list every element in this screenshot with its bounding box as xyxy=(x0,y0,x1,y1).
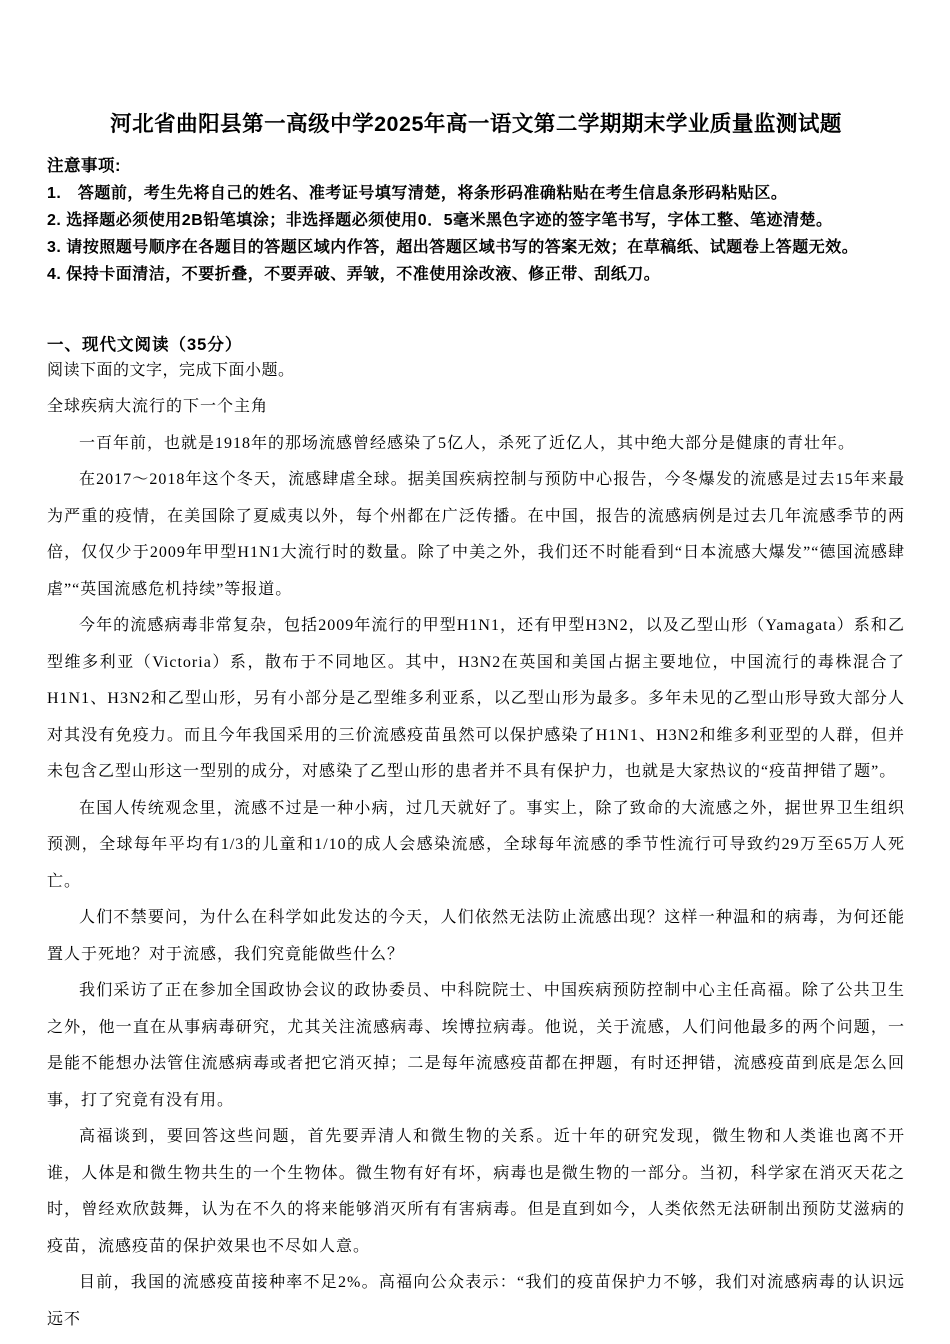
reading-passage: 全球疾病大流行的下一个主角 一百年前，也就是1918年的那场流感曾经感染了5亿人… xyxy=(47,389,905,1338)
page-title: 河北省曲阳县第一高级中学2025年高一语文第二学期期末学业质量监测试题 xyxy=(47,112,905,136)
article-paragraph: 目前，我国的流感疫苗接种率不足2%。高福向公众表示：“我们的疫苗保护力不够，我们… xyxy=(47,1265,905,1338)
exam-paper-page: 河北省曲阳县第一高级中学2025年高一语文第二学期期末学业质量监测试题 注意事项… xyxy=(0,0,950,1344)
notice-item: 2. 选择题必须使用2B铅笔填涂；非选择题必须使用0．5毫米黑色字迹的签字笔书写… xyxy=(47,207,905,234)
section-heading: 一、现代文阅读（35分） xyxy=(47,333,905,358)
article-paragraph: 人们不禁要问，为什么在科学如此发达的今天，人们依然无法防止流感出现？这样一种温和… xyxy=(47,900,905,973)
article-title: 全球疾病大流行的下一个主角 xyxy=(47,389,905,426)
article-paragraph: 今年的流感病毒非常复杂，包括2009年流行的甲型H1N1，还有甲型H3N2，以及… xyxy=(47,608,905,791)
notice-item: 1. 答题前，考生先将自己的姓名、准考证号填写清楚，将条形码准确粘贴在考生信息条… xyxy=(47,180,905,207)
article-paragraph: 一百年前，也就是1918年的那场流感曾经感染了5亿人，杀死了近亿人，其中绝大部分… xyxy=(47,426,905,463)
article-paragraph: 高福谈到，要回答这些问题，首先要弄清人和微生物的关系。近十年的研究发现，微生物和… xyxy=(47,1119,905,1265)
article-paragraph: 我们采访了正在参加全国政协会议的政协委员、中科院院士、中国疾病预防控制中心主任高… xyxy=(47,973,905,1119)
reading-instruction: 阅读下面的文字，完成下面小题。 xyxy=(47,358,905,383)
notice-item: 4. 保持卡面清洁，不要折叠，不要弄破、弄皱，不准使用涂改液、修正带、刮纸刀。 xyxy=(47,261,905,288)
notice-heading: 注意事项: xyxy=(47,153,905,180)
notice-item: 3. 请按照题号顺序在各题目的答题区域内作答，超出答题区域书写的答案无效；在草稿… xyxy=(47,234,905,261)
article-paragraph: 在2017～2018年这个冬天，流感肆虐全球。据美国疾病控制与预防中心报告，今冬… xyxy=(47,462,905,608)
article-paragraph: 在国人传统观念里，流感不过是一种小病，过几天就好了。事实上，除了致命的大流感之外… xyxy=(47,791,905,901)
notice-section: 注意事项: 1. 答题前，考生先将自己的姓名、准考证号填写清楚，将条形码准确粘贴… xyxy=(47,153,905,288)
